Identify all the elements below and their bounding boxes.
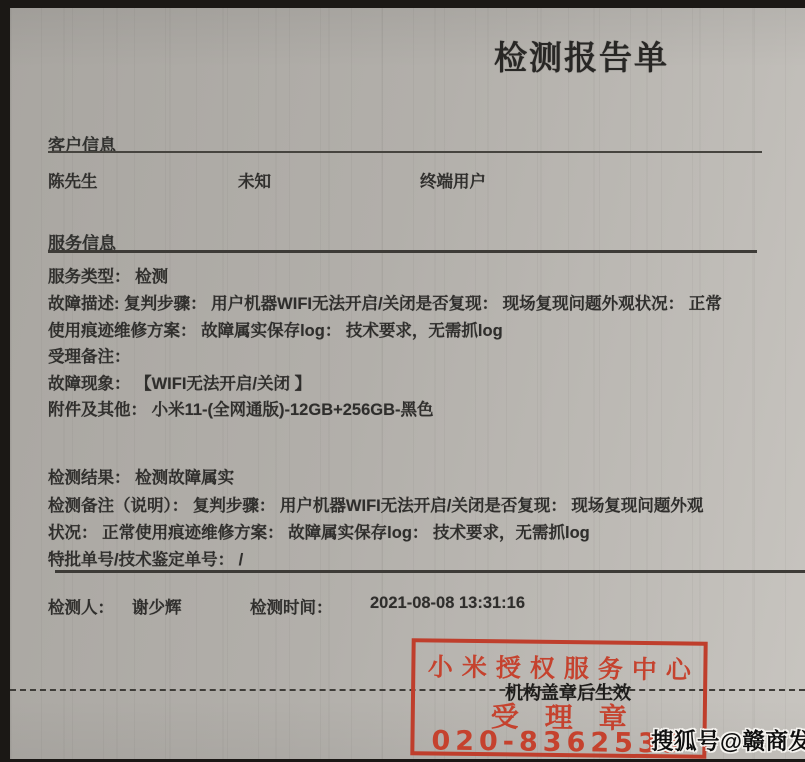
customer-phone: 未知 (238, 168, 271, 192)
acceptance-remark-line: 受理备注： (48, 343, 131, 367)
watermark-text: 搜狐号@赣商发布 (651, 724, 805, 756)
fault-phenomenon-line: 故障现象： 【WIFI无法开启/关闭 】 (48, 370, 311, 394)
accessories-line: 附件及其他： 小米11-(全网通版)-12GB+256GB-黑色 (48, 396, 434, 420)
inspection-time-value: 2021-08-08 13:31:16 (370, 594, 525, 613)
inspector-label: 检测人： (48, 594, 114, 618)
report-paper: 检测报告单 客户信息 陈先生 未知 终端用户 服务信息 服务类型： 检测 故障描… (10, 8, 805, 759)
service-type-line: 服务类型： 检测 (48, 263, 168, 287)
inspector-name: 谢少辉 (132, 594, 182, 618)
report-photo: 检测报告单 客户信息 陈先生 未知 终端用户 服务信息 服务类型： 检测 故障描… (0, 0, 805, 762)
page-title: 检测报告单 (494, 32, 669, 79)
footer-divider (55, 570, 805, 573)
result-remark-line: 检测备注（说明）： 复判步骤： 用户机器WIFI无法开启/关闭是否复现： 现场复… (48, 492, 703, 516)
customer-name: 陈先生 (48, 168, 98, 192)
service-section-divider (48, 250, 757, 253)
stamp-validity-note: 机构盖章后生效 (505, 679, 631, 705)
result-line: 检测结果： 检测故障属实 (48, 464, 234, 488)
customer-user-type: 终端用户 (420, 168, 486, 192)
usage-trace-plan-line: 使用痕迹维修方案： 故障属实保存log： 技术要求，无需抓log (48, 317, 503, 341)
customer-section-divider (48, 151, 762, 153)
result-condition-line: 状况： 正常使用痕迹维修方案： 故障属实保存log： 技术要求，无需抓log (48, 519, 590, 543)
inspection-time-label: 检测时间： (250, 594, 333, 618)
fault-description-line: 故障描述: 复判步骤： 用户机器WIFI无法开启/关闭是否复现： 现场复现问题外… (48, 290, 722, 314)
special-order-line: 特批单号/技术鉴定单号： / (48, 546, 243, 570)
